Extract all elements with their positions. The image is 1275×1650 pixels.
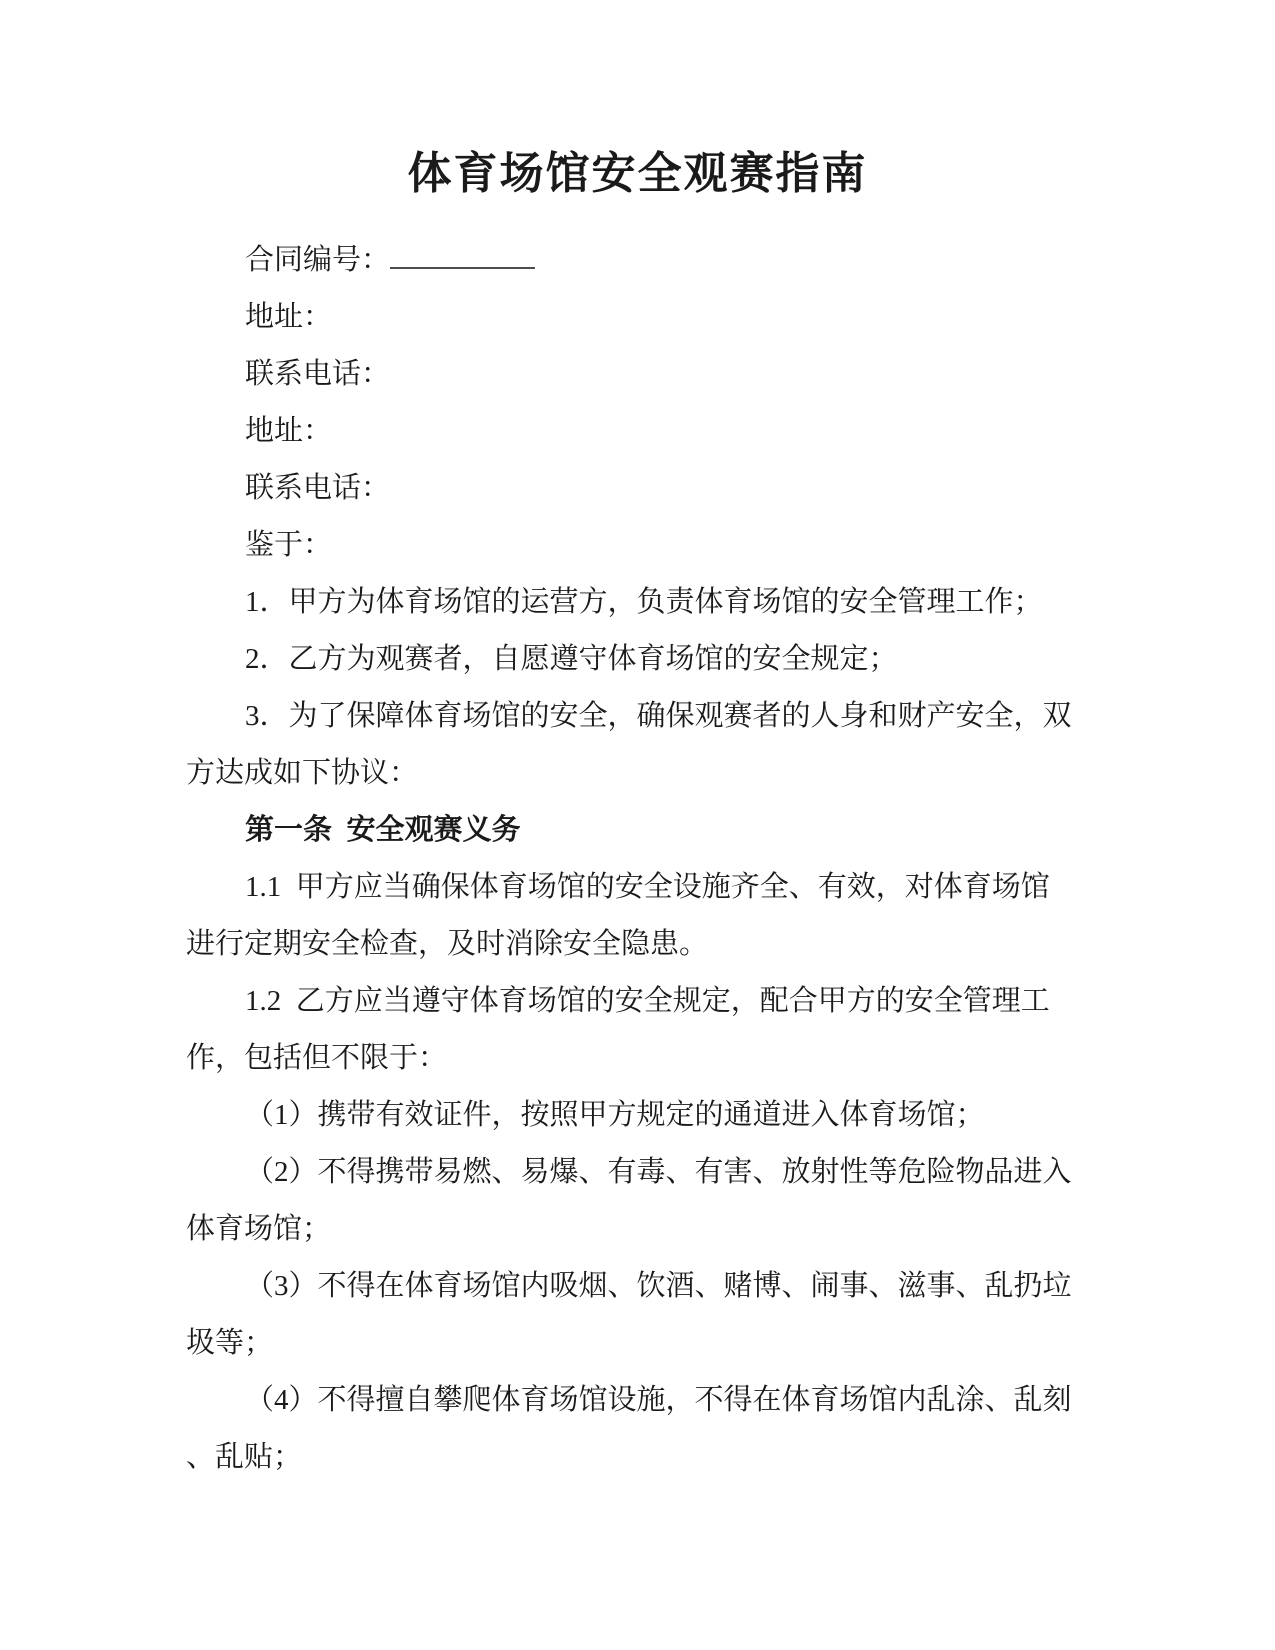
item-2-cont: 体育场馆；: [186, 1201, 1095, 1258]
recital-1: 1．甲方为体育场馆的运营方，负责体育场馆的安全管理工作；: [186, 574, 1095, 631]
clause-1-2: 1.2 乙方应当遵守体育场馆的安全规定，配合甲方的安全管理工: [186, 973, 1095, 1030]
item-3: （3）不得在体育场馆内吸烟、饮酒、赌博、闹事、滋事、乱扔垃: [186, 1258, 1095, 1315]
phone-line-2: 联系电话：: [186, 460, 1095, 517]
item-4-cont: 、乱贴；: [186, 1429, 1095, 1486]
clause-1-2-cont: 作，包括但不限于：: [186, 1030, 1095, 1087]
contract-number-line: 合同编号：: [186, 232, 1095, 289]
recital-3: 3．为了保障体育场馆的安全，确保观赛者的人身和财产安全，双: [186, 688, 1095, 745]
article-1-heading: 第一条 安全观赛义务: [186, 802, 1095, 859]
document-page: 体育场馆安全观赛指南 合同编号： 地址： 联系电话： 地址： 联系电话： 鉴于：…: [0, 0, 1275, 1650]
item-3-cont: 圾等；: [186, 1315, 1095, 1372]
whereas-line: 鉴于：: [186, 517, 1095, 574]
item-4: （4）不得擅自攀爬体育场馆设施，不得在体育场馆内乱涂、乱刻: [186, 1372, 1095, 1429]
document-body: 合同编号： 地址： 联系电话： 地址： 联系电话： 鉴于： 1．甲方为体育场馆的…: [0, 232, 1275, 1486]
clause-1-1-cont: 进行定期安全检查，及时消除安全隐患。: [186, 916, 1095, 973]
contract-number-label: 合同编号：: [245, 244, 390, 276]
recital-2: 2．乙方为观赛者，自愿遵守体育场馆的安全规定；: [186, 631, 1095, 688]
page-title: 体育场馆安全观赛指南: [0, 0, 1275, 205]
item-2: （2）不得携带易燃、易爆、有毒、有害、放射性等危险物品进入: [186, 1144, 1095, 1201]
phone-line-1: 联系电话：: [186, 346, 1095, 403]
address-line-1: 地址：: [186, 289, 1095, 346]
contract-number-blank: [390, 237, 535, 269]
clause-1-1: 1.1 甲方应当确保体育场馆的安全设施齐全、有效，对体育场馆: [186, 859, 1095, 916]
address-line-2: 地址：: [186, 403, 1095, 460]
recital-3-cont: 方达成如下协议：: [186, 745, 1095, 802]
item-1: （1）携带有效证件，按照甲方规定的通道进入体育场馆；: [186, 1087, 1095, 1144]
